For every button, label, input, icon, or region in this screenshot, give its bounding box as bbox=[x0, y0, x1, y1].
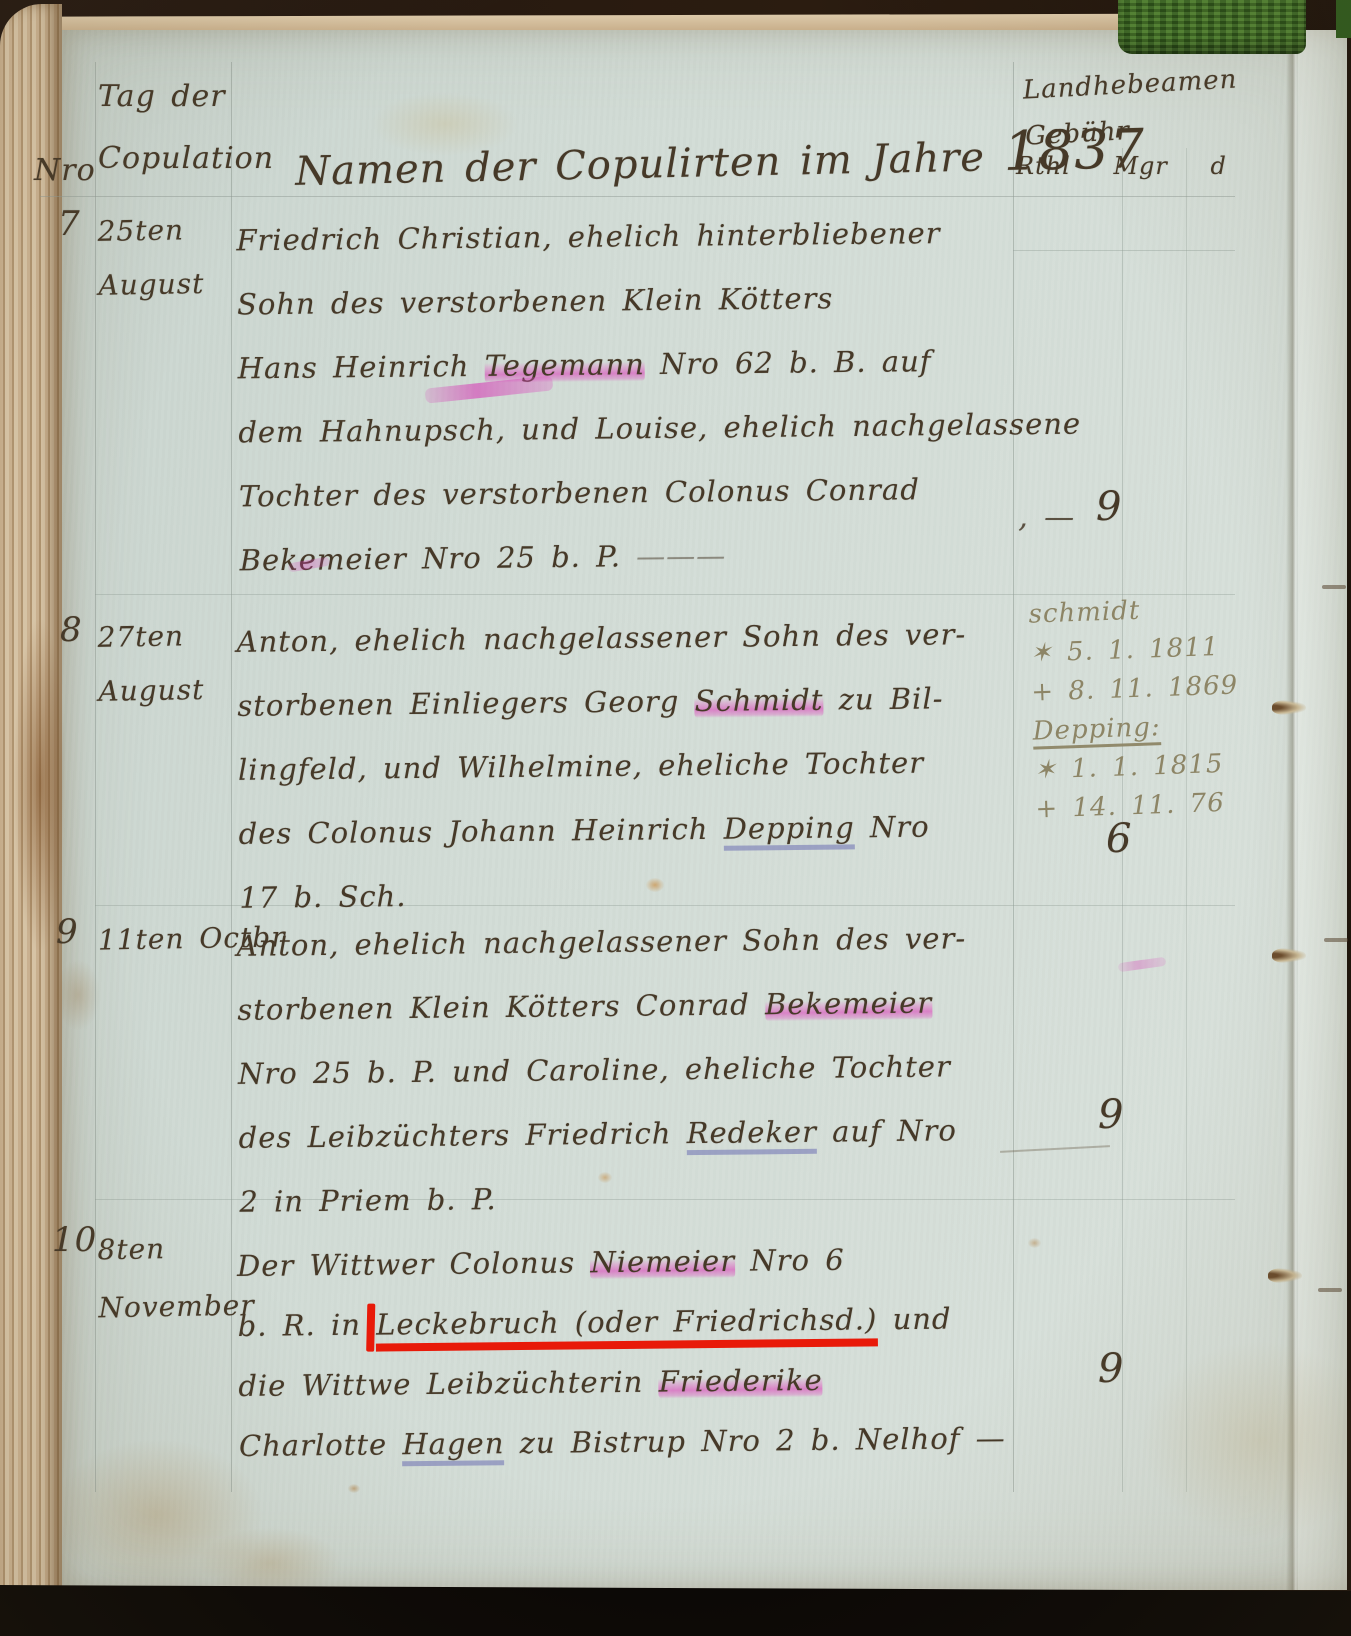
entry-7-fee-dash: ‚ — bbox=[1018, 500, 1075, 535]
handwritten-line: Friedrich Christian, ehelich hinterblieb… bbox=[236, 200, 1079, 273]
entry-7-fee: 9 bbox=[1096, 484, 1122, 530]
handwritten-line: + 14. 11. 76 bbox=[1035, 783, 1243, 829]
handwritten-line: 2 in Priem b. P. bbox=[239, 1162, 969, 1234]
paper-stain bbox=[56, 960, 100, 1030]
entry-7-text: Friedrich Christian, ehelich hinterblieb… bbox=[236, 200, 1083, 593]
entry-9-fee: 9 bbox=[1098, 1092, 1124, 1138]
stitch-mark bbox=[1324, 938, 1348, 942]
handwritten-line: Der Wittwer Colonus Niemeier Nro 6 bbox=[237, 1228, 1004, 1296]
bookmark-ribbon-weave bbox=[1118, 0, 1306, 54]
handwritten-line: storbenen Einliegers Georg Schmidt zu Bi… bbox=[237, 666, 967, 738]
fold-tear bbox=[1272, 700, 1306, 715]
entry-9-number: 9 bbox=[56, 912, 79, 952]
column-header-fee: LandhebeamenGebühr bbox=[1022, 56, 1241, 159]
fox-spot bbox=[348, 1484, 360, 1493]
handwritten-line: November bbox=[98, 1277, 255, 1338]
fold-tear bbox=[1272, 948, 1306, 963]
bookmark-ribbon-edge bbox=[1336, 0, 1351, 38]
handwritten-line: storbenen Klein Kötters Conrad Bekemeier bbox=[237, 970, 967, 1042]
register-book-scan: Nro Tag derCopulation Namen der Copulirt… bbox=[0, 0, 1351, 1636]
handwritten-line: Anton, ehelich nachgelassener Sohn des v… bbox=[236, 602, 966, 674]
column-header-fee-units: Rthl Mgr d bbox=[1016, 152, 1227, 180]
handwritten-line: des Colonus Johann Heinrich Depping Nro bbox=[238, 794, 968, 866]
genealogy-pencil-note: schmidt✶ 5. 1. 1811+ 8. 11. 1869Depping:… bbox=[1028, 588, 1243, 829]
entry-10-fee: 9 bbox=[1098, 1346, 1124, 1392]
fox-spot bbox=[1028, 1238, 1041, 1248]
handwritten-line: dem Hahnupsch, und Louise, ehelich nachg… bbox=[238, 392, 1081, 465]
table-rule-header bbox=[40, 196, 1235, 197]
entry-9-text: Anton, ehelich nachgelassener Sohn des v… bbox=[236, 906, 969, 1234]
handwritten-line: Nro 25 b. P. und Caroline, eheliche Toch… bbox=[238, 1034, 968, 1106]
handwritten-line: Tag der bbox=[98, 66, 274, 128]
handwritten-line: Copulation bbox=[98, 128, 274, 190]
table-surface-below-book bbox=[0, 1585, 1351, 1636]
entry-8-number: 8 bbox=[60, 610, 83, 650]
handwritten-line: die Wittwe Leibzüchterin Friederike bbox=[238, 1348, 1005, 1416]
handwritten-line: + 8. 11. 1869 bbox=[1031, 666, 1239, 712]
handwritten-line: Tochter des verstorbenen Colonus Conrad bbox=[239, 456, 1082, 529]
entry-10-number: 10 bbox=[52, 1220, 97, 1260]
binding-stain bbox=[14, 620, 66, 950]
entry-10-text: Der Wittwer Colonus Niemeier Nro 6b. R. … bbox=[237, 1228, 1006, 1476]
entry-8-text: Anton, ehelich nachgelassener Sohn des v… bbox=[236, 602, 969, 930]
handwritten-line: Anton, ehelich nachgelassener Sohn des v… bbox=[236, 906, 966, 978]
handwritten-line: 8ten bbox=[97, 1219, 254, 1280]
column-header-no: Nro bbox=[34, 140, 96, 202]
handwritten-line: b. R. in Leckebruch (oder Friedrichsd.) … bbox=[237, 1288, 1004, 1356]
fold-tear bbox=[1268, 1268, 1302, 1283]
handwritten-line: Charlotte Hagen zu Bistrup Nro 2 b. Nelh… bbox=[239, 1408, 1006, 1476]
entry-7-number: 7 bbox=[58, 204, 81, 244]
table-rule-vertical-no bbox=[95, 62, 96, 1492]
stitch-mark bbox=[1322, 585, 1346, 589]
handwritten-line: Sohn des verstorbenen Klein Kötters bbox=[237, 264, 1080, 337]
handwritten-line: 25ten bbox=[97, 203, 204, 259]
handwritten-line: des Leibzüchters Friedrich Redeker auf N… bbox=[238, 1098, 968, 1170]
entry-10-date: 8tenNovember bbox=[97, 1219, 255, 1338]
entry-7-date: 25tenAugust bbox=[97, 203, 205, 313]
entry-8-date: 27tenAugust bbox=[97, 609, 205, 719]
handwritten-line: August bbox=[98, 663, 205, 719]
stitch-mark bbox=[1318, 1288, 1342, 1292]
handwritten-line: August bbox=[98, 257, 205, 313]
column-header-date: Tag derCopulation bbox=[98, 66, 274, 190]
handwritten-line: 27ten bbox=[97, 609, 204, 665]
handwritten-line: lingfeld, und Wilhelmine, eheliche Tocht… bbox=[238, 730, 968, 802]
handwritten-line: Bekemeier Nro 25 b. P. ——— bbox=[239, 520, 1082, 593]
handwritten-line: Hans Heinrich Tegemann Nro 62 b. B. auf bbox=[237, 328, 1080, 401]
